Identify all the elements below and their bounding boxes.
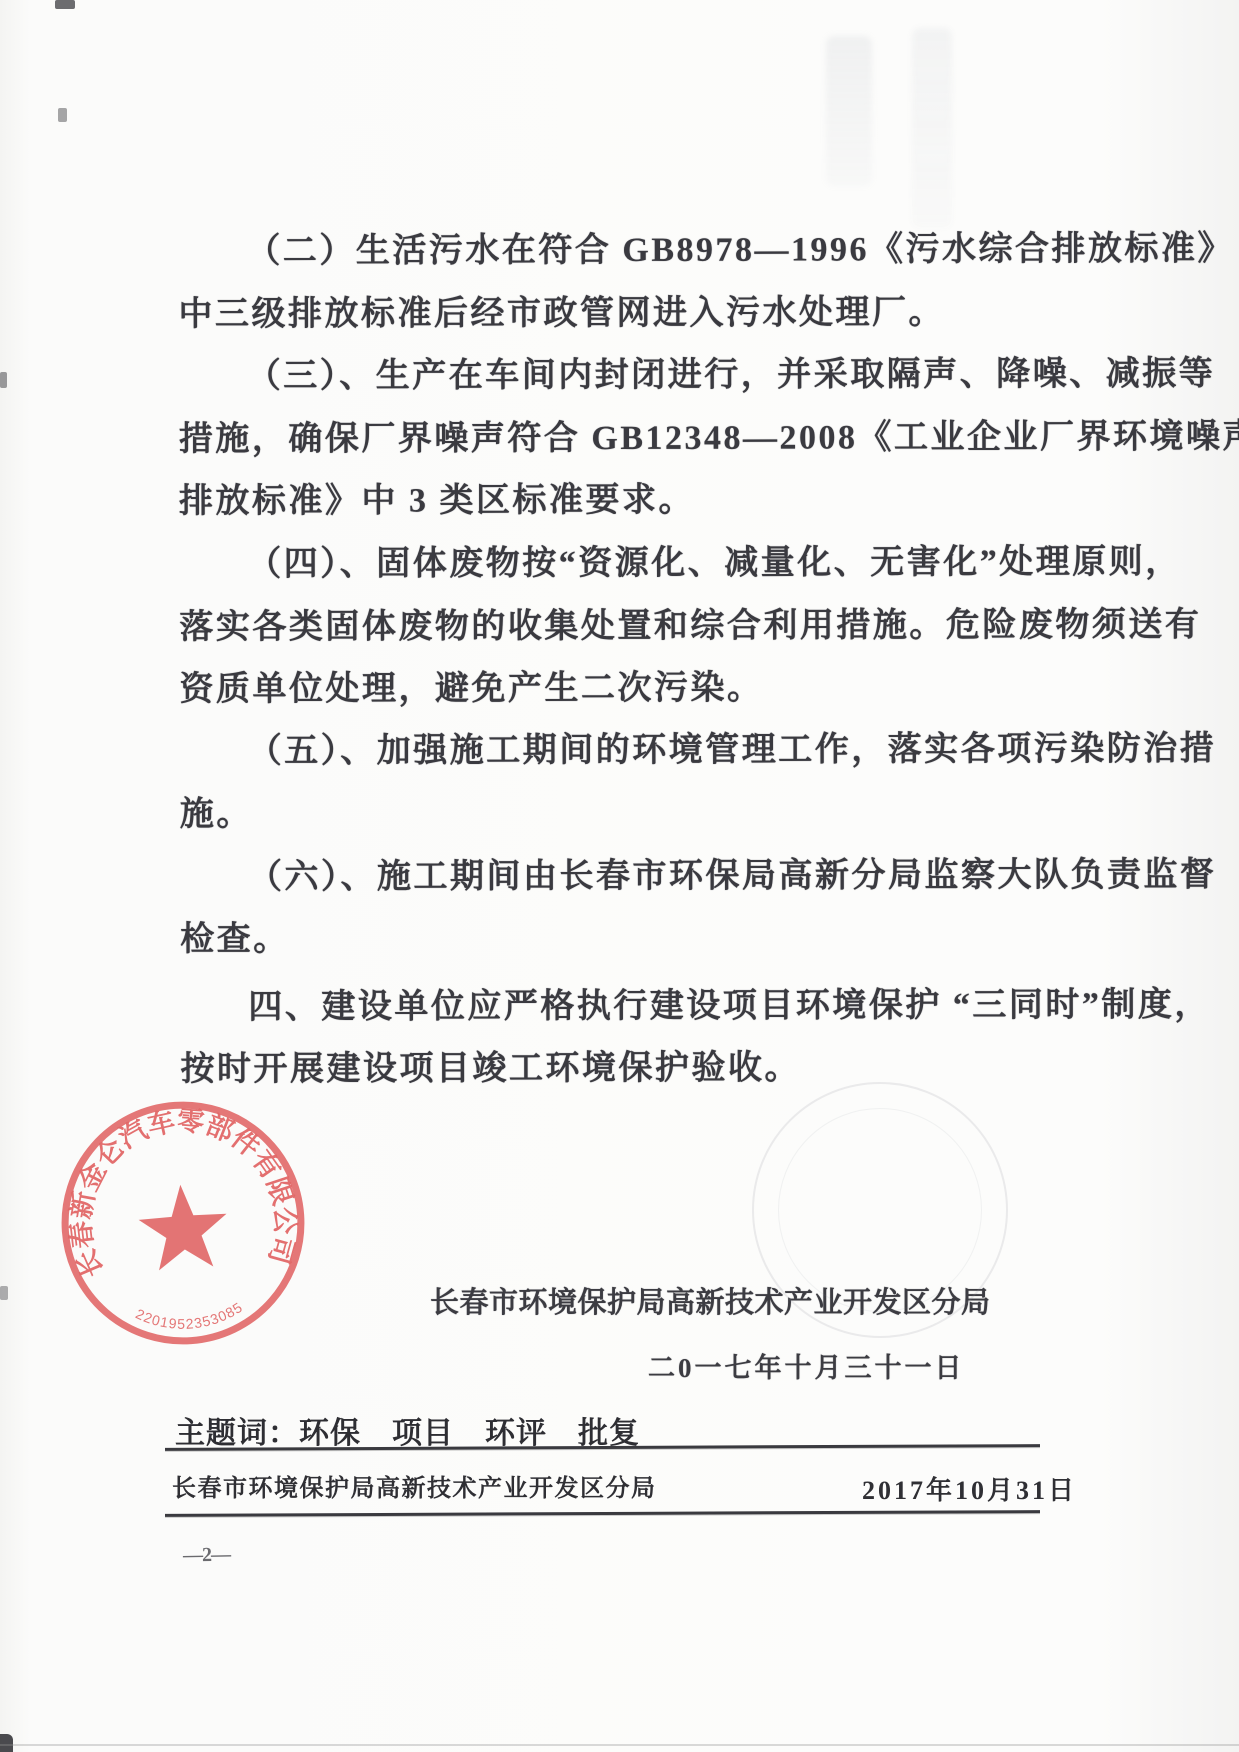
- ghost-stamp-bleedthrough: [752, 1082, 1008, 1338]
- body-line: 措施，确保厂界噪声符合 GB12348—2008《工业企业厂界环境噪声: [179, 408, 1239, 460]
- body-line: （五）、加强施工期间的环境管理工作，落实各项污染防治措: [180, 720, 1217, 772]
- body-line: （三）、生产在车间内封闭进行，并采取隔声、降噪、减振等: [179, 345, 1216, 397]
- company-seal-stamp: 长春新金仑汽车零部件有限公司 2201952353085: [43, 1083, 323, 1363]
- issue-date-chinese: 二0一七年十月三十一日: [648, 1346, 965, 1385]
- body-line: 检查。: [180, 911, 290, 960]
- scanned-approval-document-page: （二）生活污水在符合 GB8978—1996《污水综合排放标准》 中三级排放标准…: [0, 0, 1239, 1752]
- body-line: 中三级排放标准后经市政管网进入污水处理厂。: [178, 284, 945, 335]
- star-icon: [136, 1182, 230, 1272]
- ghost-stamp-inner-ring: [778, 1108, 982, 1312]
- body-line: （四）、固体废物按“资源化、减量化、无害化”处理原则，: [179, 534, 1182, 586]
- body-line: 施。: [180, 786, 253, 835]
- body-line: 按时开展建设项目竣工环境保护验收。: [180, 1040, 801, 1091]
- body-line: （六）、施工期间由长春市环保局高新分局监察大队负责监督: [180, 846, 1217, 898]
- body-line: 四、建设单位应严格执行建设项目环境保护 “三同时”制度，: [180, 976, 1211, 1028]
- footer-organization: 长春市环境保护局高新技术产业开发区分局: [172, 1468, 657, 1503]
- page-number: —2—: [183, 1544, 230, 1568]
- body-line: 排放标准》中 3 类区标准要求。: [179, 472, 695, 522]
- body-line: 落实各类固体废物的收集处置和综合利用措施。危险废物须送有: [179, 596, 1201, 648]
- body-line: 资质单位处理，避免产生二次污染。: [179, 660, 763, 711]
- footer-date: 2017年10月31日: [862, 1470, 1077, 1507]
- body-line: （二）生活污水在符合 GB8978—1996《污水综合排放标准》: [178, 220, 1234, 272]
